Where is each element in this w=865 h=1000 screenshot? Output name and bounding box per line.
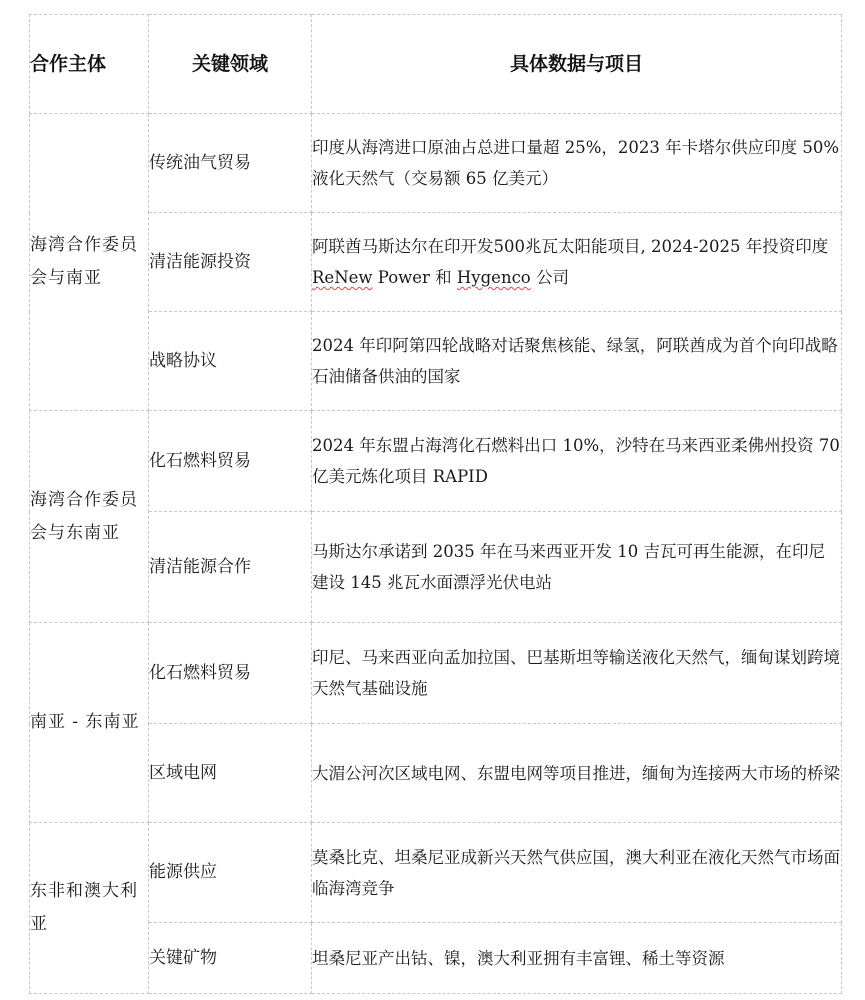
entity-cell: 南亚 - 东南亚 [30,623,149,823]
table-row: 南亚 - 东南亚 化石燃料贸易 印尼、马来西亚向孟加拉国、巴基斯坦等输送液化天然… [30,623,842,724]
area-cell: 化石燃料贸易 [149,411,312,512]
cooperation-table: 合作主体 关键领域 具体数据与项目 海湾合作委员会与南亚 传统油气贸易 印度从海… [29,14,842,994]
table-row: 战略协议 2024 年印阿第四轮战略对话聚焦核能、绿氢，阿联酋成为首个向印战略石… [30,312,842,411]
area-cell: 化石燃料贸易 [149,623,312,724]
detail-text: 公司 [531,268,569,287]
table-row: 海湾合作委员会与东南亚 化石燃料贸易 2024 年东盟占海湾化石燃料出口 10%… [30,411,842,512]
detail-cell: 坦桑尼亚产出钴、镍，澳大利亚拥有丰富锂、稀土等资源 [312,923,842,994]
area-cell: 清洁能源投资 [149,213,312,312]
entity-cell: 东非和澳大利亚 [30,823,149,994]
detail-cell: 2024 年印阿第四轮战略对话聚焦核能、绿氢，阿联酋成为首个向印战略石油储备供油… [312,312,842,411]
header-entity: 合作主体 [30,15,149,114]
area-cell: 关键矿物 [149,923,312,994]
table-row: 关键矿物 坦桑尼亚产出钴、镍，澳大利亚拥有丰富锂、稀土等资源 [30,923,842,994]
detail-cell: 阿联酋马斯达尔在印开发500兆瓦太阳能项目, 2024-2025 年投资印度 R… [312,213,842,312]
table-row: 清洁能源合作 马斯达尔承诺到 2035 年在马来西亚开发 10 吉瓦可再生能源，… [30,512,842,623]
detail-cell: 大湄公河次区域电网、东盟电网等项目推进，缅甸为连接两大市场的桥梁 [312,724,842,823]
area-cell: 传统油气贸易 [149,114,312,213]
table-row: 区域电网 大湄公河次区域电网、东盟电网等项目推进，缅甸为连接两大市场的桥梁 [30,724,842,823]
area-cell: 能源供应 [149,823,312,923]
header-detail: 具体数据与项目 [312,15,842,114]
entity-cell: 海湾合作委员会与东南亚 [30,411,149,623]
area-cell: 区域电网 [149,724,312,823]
area-cell: 战略协议 [149,312,312,411]
detail-text: Power 和 [373,268,457,287]
detail-cell: 莫桑比克、坦桑尼亚成新兴天然气供应国，澳大利亚在液化天然气市场面临海湾竞争 [312,823,842,923]
header-row: 合作主体 关键领域 具体数据与项目 [30,15,842,114]
entity-cell: 海湾合作委员会与南亚 [30,114,149,411]
area-cell: 清洁能源合作 [149,512,312,623]
detail-cell: 印尼、马来西亚向孟加拉国、巴基斯坦等输送液化天然气，缅甸谋划跨境天然气基础设施 [312,623,842,724]
header-area: 关键领域 [149,15,312,114]
detail-text: 阿联酋马斯达尔在印开发500兆瓦太阳能项目, 2024-2025 年投资印度 [312,237,828,256]
table-row: 海湾合作委员会与南亚 传统油气贸易 印度从海湾进口原油占总进口量超 25%，20… [30,114,842,213]
detail-cell: 印度从海湾进口原油占总进口量超 25%，2023 年卡塔尔供应印度 50%液化天… [312,114,842,213]
table-row: 东非和澳大利亚 能源供应 莫桑比克、坦桑尼亚成新兴天然气供应国，澳大利亚在液化天… [30,823,842,923]
spellcheck-flagged-word: ReNew [312,268,373,287]
spellcheck-flagged-word: Hygenco [457,268,531,287]
detail-cell: 马斯达尔承诺到 2035 年在马来西亚开发 10 吉瓦可再生能源，在印尼建设 1… [312,512,842,623]
table-row: 清洁能源投资 阿联酋马斯达尔在印开发500兆瓦太阳能项目, 2024-2025 … [30,213,842,312]
detail-cell: 2024 年东盟占海湾化石燃料出口 10%，沙特在马来西亚柔佛州投资 70 亿美… [312,411,842,512]
